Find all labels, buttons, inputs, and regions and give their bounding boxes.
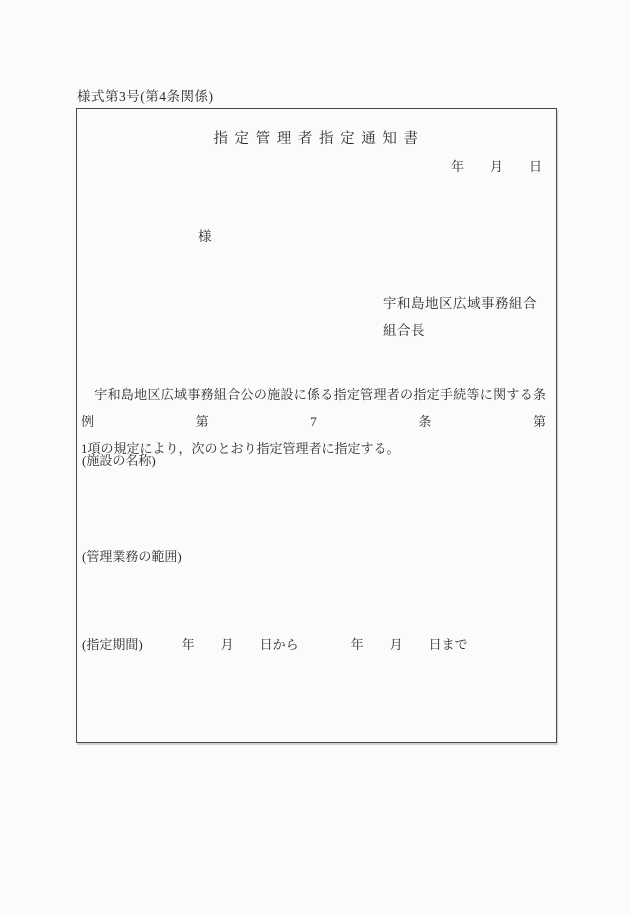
form-number-label: 様式第3号(第4条関係) (77, 85, 214, 105)
addressee-honorific: 様 (198, 225, 212, 245)
issuer-title: 組合長 (383, 319, 425, 339)
body-paragraph-line-1: 宇和島地区広域事務組合公の施設に係る指定管理者の指定手続等に関する条例第7条第 (81, 381, 546, 435)
management-scope-label: (管理業務の範囲) (82, 546, 182, 565)
document-title: 指 定 管 理 者 指 定 通 知 書 (77, 127, 556, 148)
issuer-organization: 宇和島地区広域事務組合 (383, 292, 537, 312)
document-border-box: 指 定 管 理 者 指 定 通 知 書 年 月 日 様 宇和島地区広域事務組合 … (76, 108, 557, 743)
date-blank-line: 年 月 日 (451, 156, 542, 175)
facility-name-label: (施設の名称) (82, 450, 156, 469)
designation-period-line: (指定期間) 年 月 日から 年 月 日まで (82, 634, 468, 653)
